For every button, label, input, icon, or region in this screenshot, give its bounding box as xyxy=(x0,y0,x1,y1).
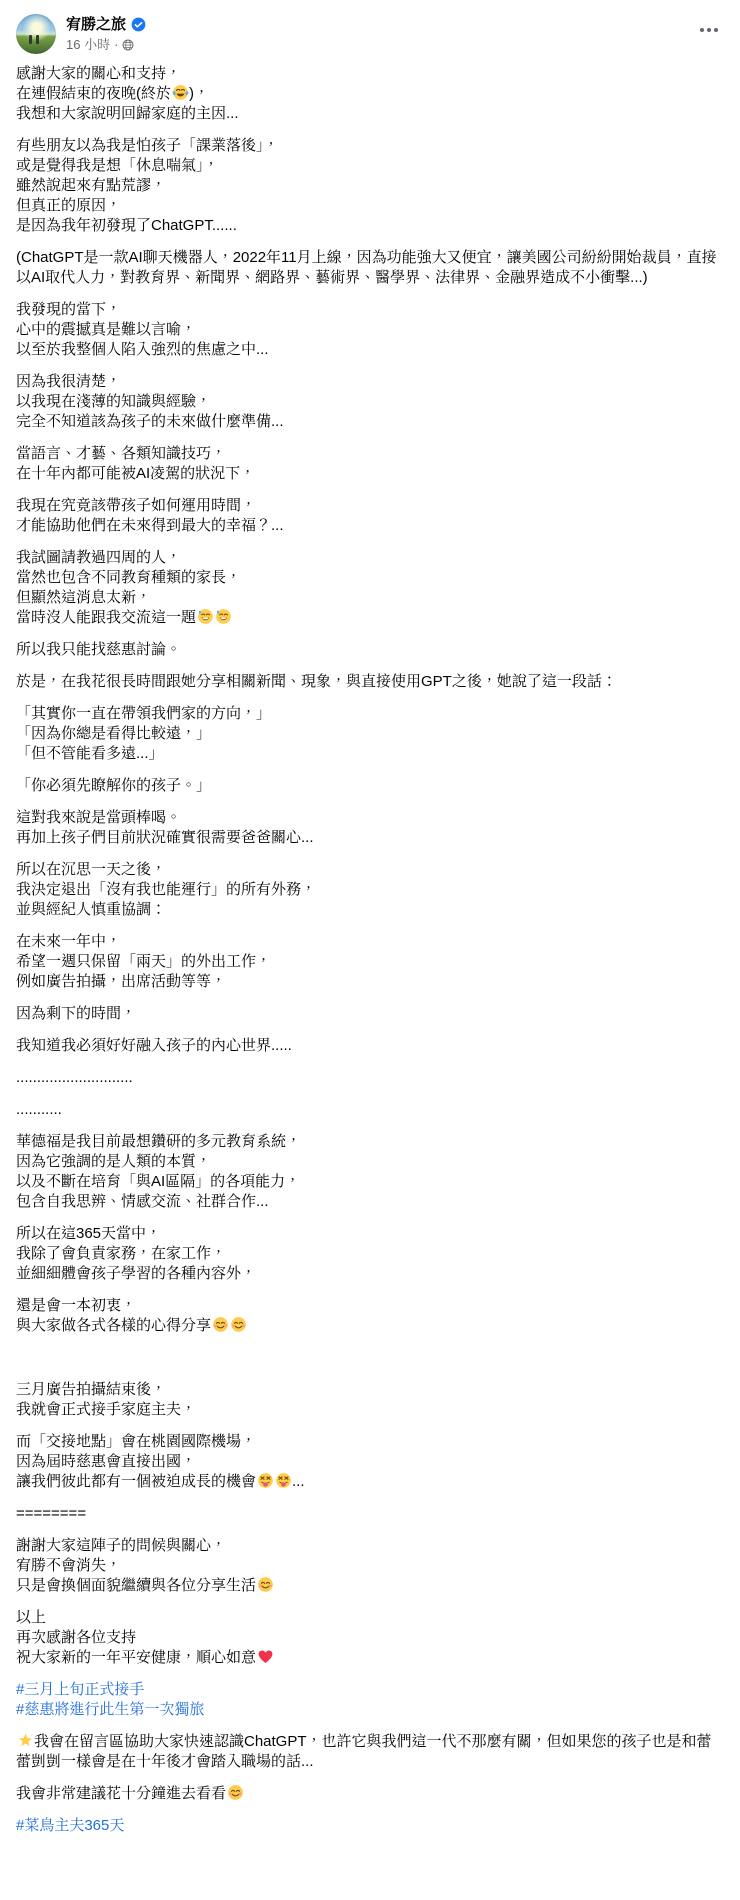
post-paragraph: 我會非常建議花十分鐘進去看看 xyxy=(16,1784,724,1804)
hashtag-link[interactable]: #菜鳥主夫365天 xyxy=(16,1817,124,1834)
post-paragraph: ........... xyxy=(16,1100,724,1120)
post-paragraph: 「其實你一直在帶領我們家的方向，」「因為你總是看得比較遠，」「但不管能看多遠..… xyxy=(16,704,724,764)
rofl-emoji-icon xyxy=(172,84,189,101)
post-paragraph: 所以在這365天當中，我除了會負責家務，在家工作，並細細體會孩子學習的各種內容外… xyxy=(16,1224,724,1284)
hashtag-link[interactable]: #慈惠將進行此生第一次獨旅 xyxy=(16,1701,204,1718)
post-timestamp[interactable]: 16 小時 xyxy=(66,37,110,53)
post-paragraph: 於是，在我花很長時間跟她分享相關新聞、現象，與直接使用GPT之後，她說了這一段話… xyxy=(16,672,724,692)
post-paragraph: 以上再次感謝各位支持祝大家新的一年平安健康，順心如意 xyxy=(16,1608,724,1668)
hashtag-paragraph: #菜鳥主夫365天 xyxy=(16,1816,724,1836)
post-paragraph: 華德福是我目前最想鑽研的多元教育系統，因為它強調的是人類的本質，以及不斷在培育「… xyxy=(16,1132,724,1212)
page-name[interactable]: 宥勝之旅 xyxy=(66,15,126,34)
post-paragraph: 我知道我必須好好融入孩子的內心世界..... xyxy=(16,1036,724,1056)
facebook-post: 宥勝之旅 16 小時 · 感謝大家的關心和支持，在連假結束的夜晚(終於)，我想和… xyxy=(0,0,740,1872)
post-paragraph: 所以在沉思一天之後，我決定退出「沒有我也能運行」的所有外務，並與經紀人慎重協調： xyxy=(16,860,724,920)
post-paragraph: 在未來一年中，希望一週只保留「兩天」的外出工作，例如廣告拍攝，出席活動等等， xyxy=(16,932,724,992)
blush-smile-emoji-icon xyxy=(212,1316,229,1333)
post-paragraph: ............................ xyxy=(16,1068,724,1088)
post-paragraph: 三月廣告拍攝結束後，我就會正式接手家庭主夫， xyxy=(16,1380,724,1420)
sweat-smile-emoji-icon xyxy=(215,608,232,625)
blush-smile-emoji-icon xyxy=(230,1316,247,1333)
post-paragraph: 有些朋友以為我是怕孩子「課業落後」，或是覺得我是想「休息喘氣」，雖然說起來有點荒… xyxy=(16,136,724,236)
more-options-button[interactable] xyxy=(696,20,722,40)
post-paragraph: 這對我來說是當頭棒喝。再加上孩子們目前狀況確實很需要爸爸關心... xyxy=(16,808,724,848)
squint-tongue-emoji-icon xyxy=(257,1472,274,1489)
post-header: 宥勝之旅 16 小時 · xyxy=(0,0,740,56)
post-paragraph: ======== xyxy=(16,1504,724,1524)
post-paragraph: 我現在究竟該帶孩子如何運用時間，才能協助他們在未來得到最大的幸福？... xyxy=(16,496,724,536)
post-paragraph: 而「交接地點」會在桃園國際機場，因為屆時慈惠會直接出國，讓我們彼此都有一個被迫成… xyxy=(16,1432,724,1492)
post-paragraph: 「你必須先瞭解你的孩子。」 xyxy=(16,776,724,796)
glowing-star-emoji-icon xyxy=(17,1732,34,1749)
paragraph-spacer xyxy=(16,1348,724,1368)
verified-badge-icon xyxy=(131,17,146,32)
red-heart-emoji-icon xyxy=(257,1648,274,1665)
globe-public-icon xyxy=(122,39,134,51)
blush-smile-emoji-icon xyxy=(257,1576,274,1593)
post-paragraph: 我會在留言區協助大家快速認識ChatGPT，也許它與我們這一代不那麼有關，但如果… xyxy=(16,1732,724,1772)
post-paragraph: 我試圖請教過四周的人，當然也包含不同教育種類的家長，但顯然這消息太新，當時沒人能… xyxy=(16,548,724,628)
post-paragraph: 當語言、才藝、各類知識技巧，在十年內都可能被AI凌駕的狀況下， xyxy=(16,444,724,484)
post-paragraph: 因為剩下的時間， xyxy=(16,1004,724,1024)
hashtag-link[interactable]: #三月上旬正式接手 xyxy=(16,1681,144,1698)
post-text: 感謝大家的關心和支持，在連假結束的夜晚(終於)，我想和大家說明回歸家庭的主因..… xyxy=(0,56,740,1872)
meta-separator: · xyxy=(114,37,118,53)
post-paragraph: (ChatGPT是一款AI聊天機器人，2022年11月上線，因為功能強大又便宜，… xyxy=(16,248,724,288)
blush-smile-emoji-icon xyxy=(227,1784,244,1801)
squint-tongue-emoji-icon xyxy=(275,1472,292,1489)
post-paragraph: 還是會一本初衷，與大家做各式各樣的心得分享 xyxy=(16,1296,724,1336)
hashtag-paragraph: #三月上旬正式接手#慈惠將進行此生第一次獨旅 xyxy=(16,1680,724,1720)
post-paragraph: 感謝大家的關心和支持，在連假結束的夜晚(終於)，我想和大家說明回歸家庭的主因..… xyxy=(16,64,724,124)
sweat-smile-emoji-icon xyxy=(197,608,214,625)
post-paragraph: 因為我很清楚，以我現在淺薄的知識與經驗，完全不知道該為孩子的未來做什麼準備... xyxy=(16,372,724,432)
post-paragraph: 謝謝大家這陣子的問候與關心，宥勝不會消失，只是會換個面貌繼續與各位分享生活 xyxy=(16,1536,724,1596)
page-avatar[interactable] xyxy=(16,14,56,54)
post-paragraph: 所以我只能找慈惠討論。 xyxy=(16,640,724,660)
post-paragraph: 我發現的當下，心中的震撼真是難以言喻，以至於我整個人陷入強烈的焦慮之中... xyxy=(16,300,724,360)
